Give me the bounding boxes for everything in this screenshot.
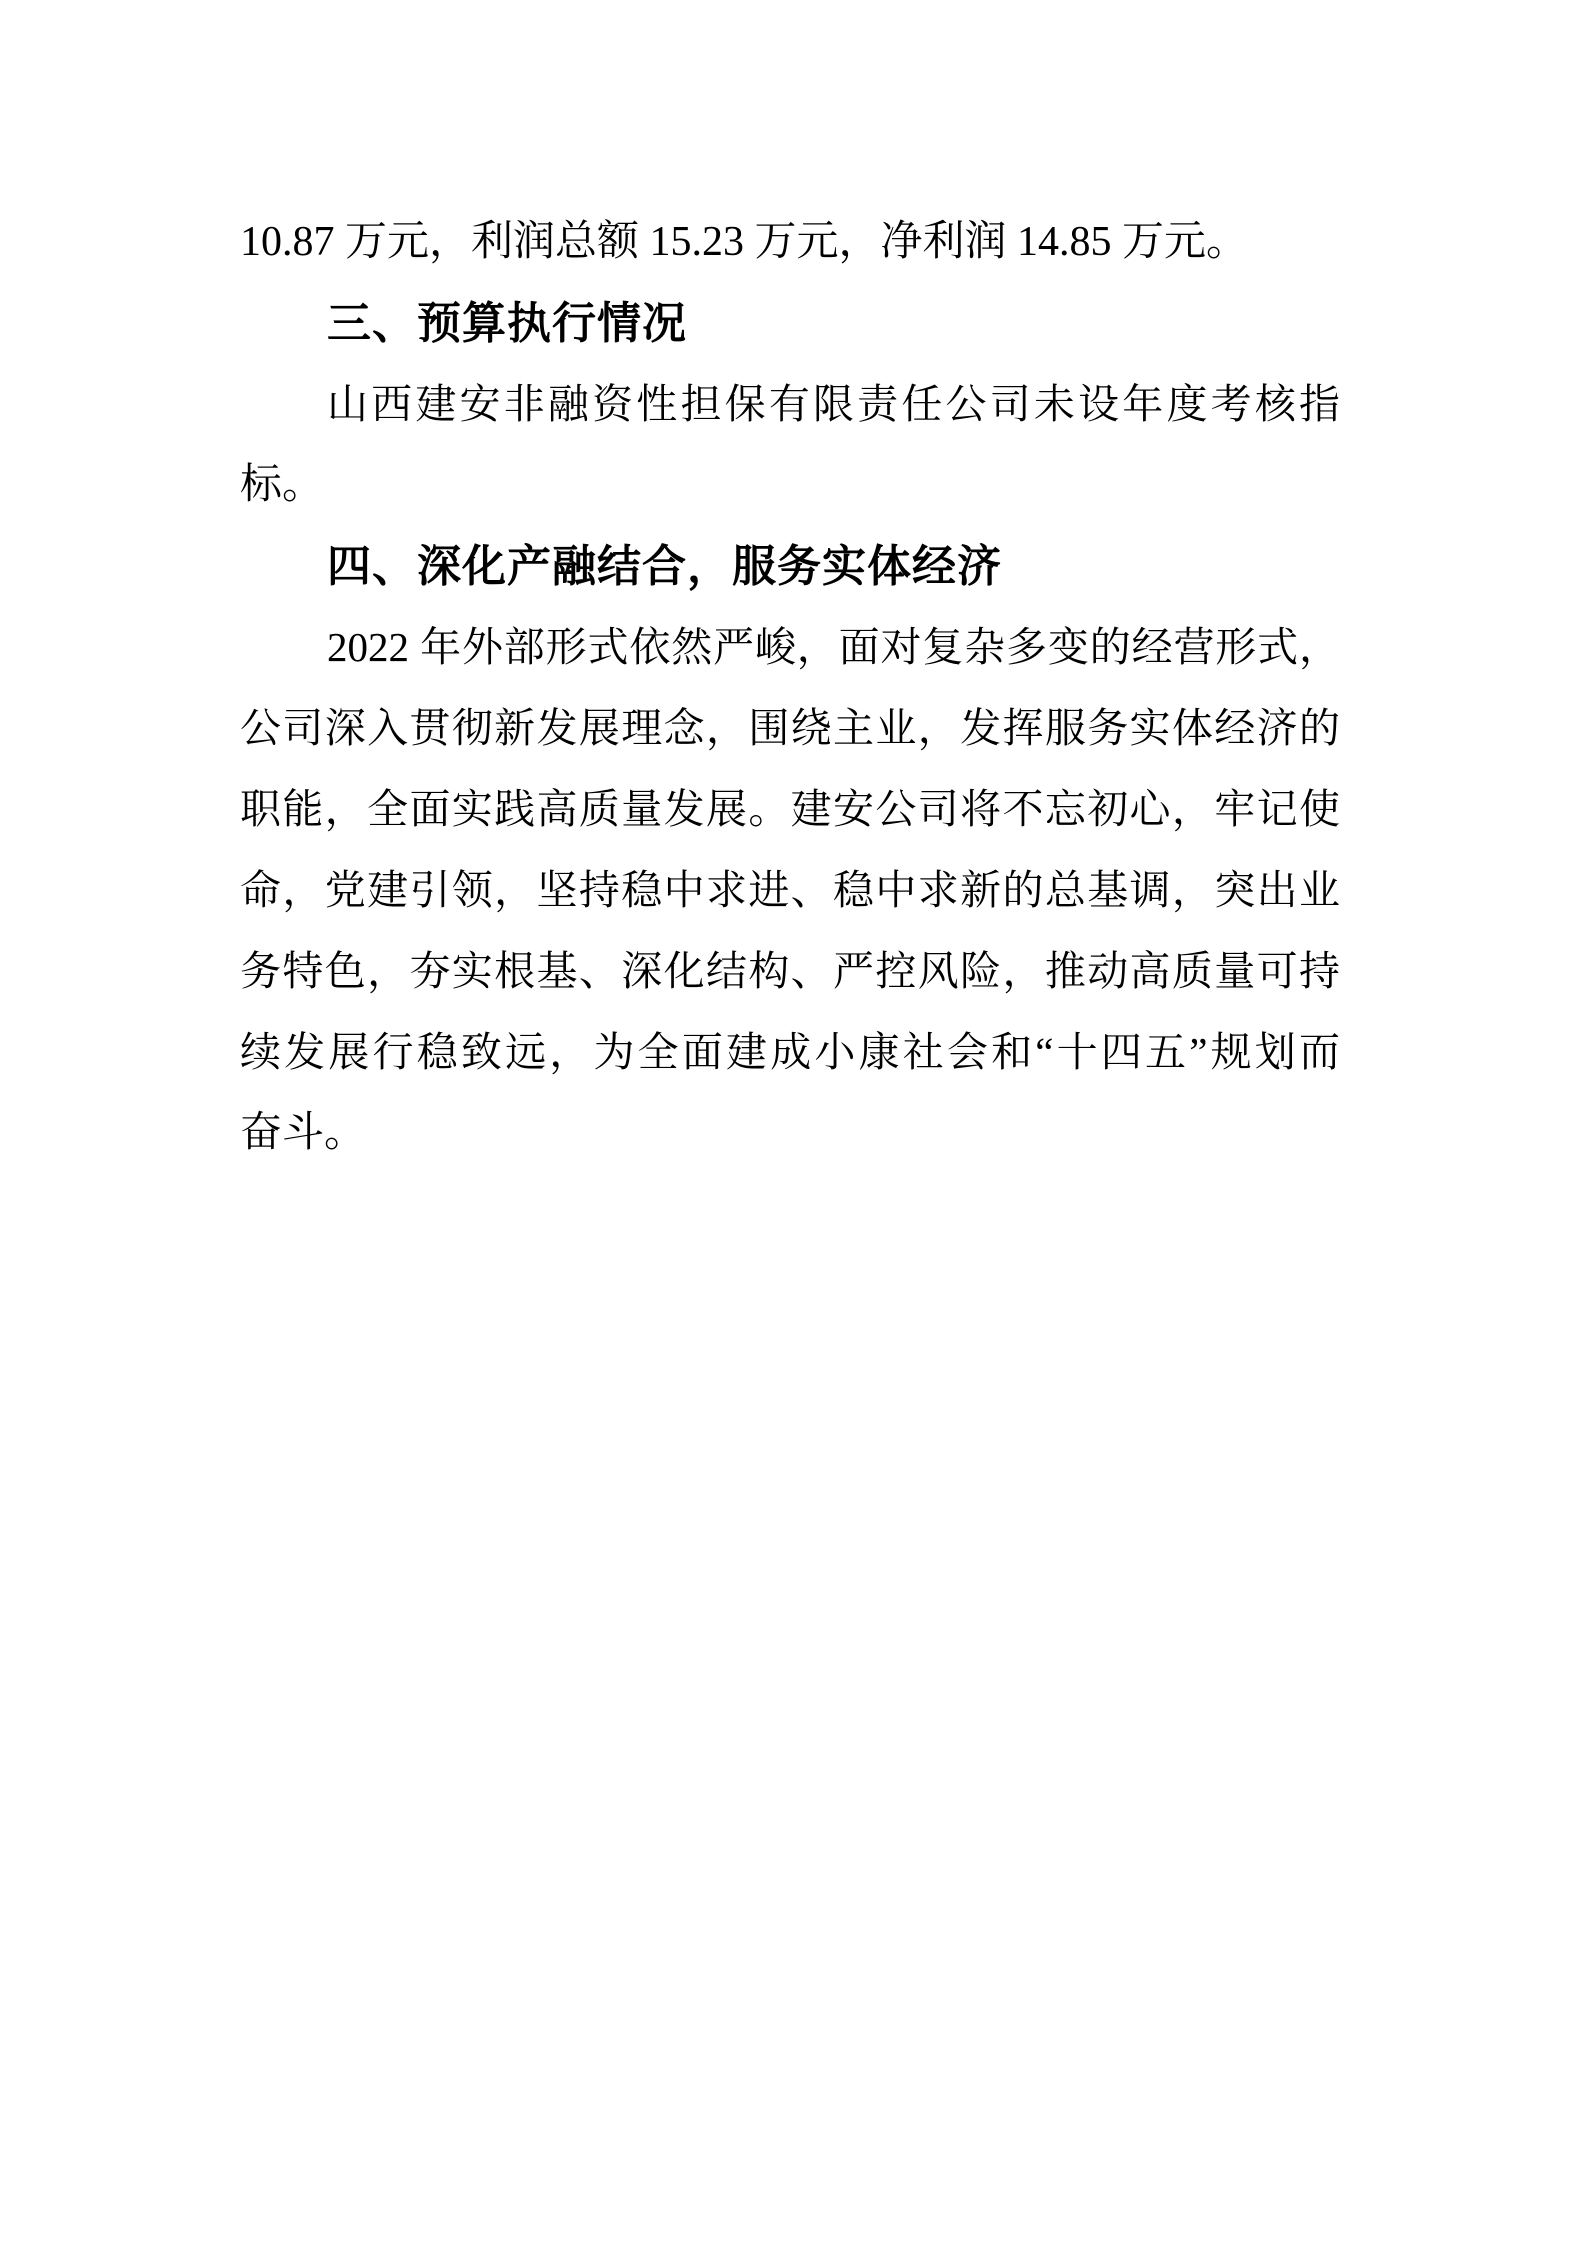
paragraph-line-profit-figures: 10.87 万元，利润总额 15.23 万元，净利润 14.85 万元。 (240, 202, 1340, 283)
paragraph-line: 命，党建引领，坚持稳中求进、稳中求新的总基调，突出业 (240, 850, 1340, 931)
paragraph-line: 务特色，夯实根基、深化结构、严控风险，推动高质量可持 (240, 931, 1340, 1012)
section-heading-industry-finance: 四、深化产融结合，服务实体经济 (240, 526, 1340, 607)
paragraph-line: 续发展行稳致远，为全面建成小康社会和“十四五”规划而 (240, 1012, 1340, 1093)
paragraph-line: 山西建安非融资性担保有限责任公司未设年度考核指 (240, 364, 1340, 445)
page-text-block: 10.87 万元，利润总额 15.23 万元，净利润 14.85 万元。 三、预… (240, 202, 1340, 1174)
document-page: 10.87 万元，利润总额 15.23 万元，净利润 14.85 万元。 三、预… (0, 0, 1587, 2245)
paragraph-line: 职能，全面实践高质量发展。建安公司将不忘初心，牢记使 (240, 769, 1340, 850)
section-heading-budget-execution: 三、预算执行情况 (240, 283, 1340, 364)
paragraph-line: 公司深入贯彻新发展理念，围绕主业，发挥服务实体经济的 (240, 688, 1340, 769)
paragraph-line-continuation: 标。 (240, 445, 1340, 526)
paragraph-line-continuation: 奋斗。 (240, 1093, 1340, 1174)
paragraph-line: 2022 年外部形式依然严峻，面对复杂多变的经营形式， (240, 607, 1340, 688)
